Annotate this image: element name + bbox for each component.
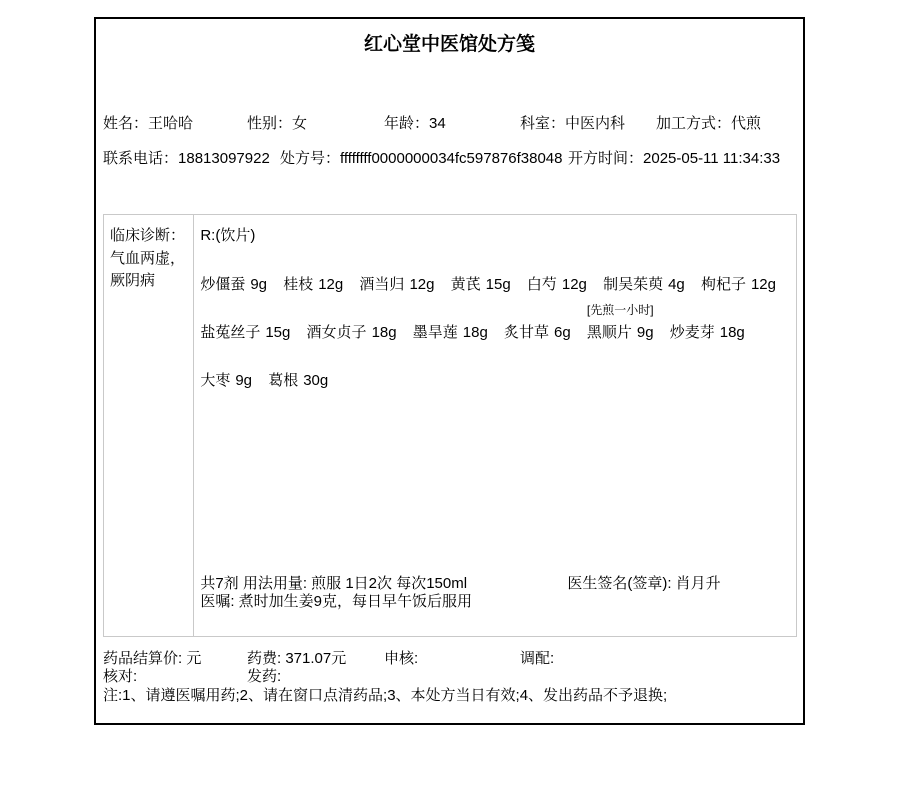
patient-age-value: 34 [429,115,446,132]
phone-value: 18813097922 [178,150,270,167]
drug-item: 桂枝12g [283,277,343,292]
medicine-fee-field: 药费: 371.07元 [247,650,346,667]
drug-dose: 4g [668,276,685,293]
prescription-number-value: ffffffff0000000034fc597876f38048 [340,150,562,167]
drug-dose: 18g [372,324,397,341]
drug-name: 酒女贞子 [307,324,367,341]
check-field: 核对: [103,668,137,685]
doctor-signature-label: 医生签名(签章): [567,575,675,592]
compound-field: 调配: [520,650,554,667]
drug-item: 墨旱莲18g [413,325,488,340]
drug-name: 枸杞子 [701,276,746,293]
prescribe-time-field: 开方时间：2025-05-11 11:34:33 [568,150,780,167]
drug-item: 炙甘草6g [504,325,571,340]
drug-item: 白芍12g [527,277,587,292]
patient-department-field: 科室：中医内科 [520,115,625,132]
drug-item-with-note: [先煎一小时]黑顺片9g [587,325,654,340]
drug-dose: 15g [265,324,290,341]
drug-name: 炒僵蚕 [200,276,245,293]
review-field: 申核: [384,650,418,667]
drug-line-1: 炒僵蚕9g 桂枝12g 酒当归12g 黄芪15g 白芍12g 制吴茱萸4g 枸杞… [200,277,788,292]
decoction-note: [先煎一小时] [587,304,654,316]
drug-name: 葛根 [268,372,298,389]
processing-method-value: 代煎 [731,115,761,132]
prescription-number-label: 处方号： [280,150,340,167]
drug-dose: 9g [637,324,654,341]
phone-label: 联系电话： [103,150,178,167]
drug-name: 盐菟丝子 [200,324,260,341]
drug-item: 制吴茱萸4g [603,277,685,292]
patient-gender-field: 性别：女 [247,115,307,132]
drug-name: 酒当归 [359,276,404,293]
prescription-cell: R:(饮片) 炒僵蚕9g 桂枝12g 酒当归12g 黄芪15g 白芍12g 制吴… [194,215,796,636]
drug-line-3: 大枣9g 葛根30g [200,373,788,388]
prescription-table: 临床诊断：气血两虚，厥阴病 R:(饮片) 炒僵蚕9g 桂枝12g 酒当归12g … [103,214,797,637]
drug-dose: 9g [250,276,267,293]
drug-item: 大枣9g [200,373,252,388]
medicine-fee-value: 371.07元 [285,650,346,667]
patient-name-field: 姓名：王哈哈 [103,115,193,132]
prescription-number-field: 处方号：ffffffff0000000034fc597876f38048 [280,150,562,167]
patient-name-label: 姓名： [103,115,148,132]
patient-name-value: 王哈哈 [148,115,193,132]
rx-header: R:(饮片) [200,228,788,243]
drug-item: 酒女贞子18g [307,325,397,340]
prescription-page: 红心堂中医馆处方笺 姓名：王哈哈 性别：女 年龄：34 科室：中医内科 加工方式… [94,17,805,725]
patient-department-value: 中医内科 [565,115,625,132]
drug-item: 葛根30g [268,373,328,388]
diagnosis-label: 临床诊断： [110,227,185,244]
settle-price-label: 药品结算价: [103,650,186,667]
patient-age-field: 年龄：34 [384,115,446,132]
patient-gender-value: 女 [292,115,307,132]
drug-dose: 30g [303,372,328,389]
patient-gender-label: 性别： [247,115,292,132]
page-title: 红心堂中医馆处方笺 [96,34,803,57]
drug-item: 炒僵蚕9g [200,277,267,292]
patient-department-label: 科室： [520,115,565,132]
drug-dose: 12g [318,276,343,293]
processing-method-field: 加工方式：代煎 [656,115,761,132]
drug-dose: 12g [751,276,776,293]
drug-dose: 12g [409,276,434,293]
drug-item: 枸杞子12g [701,277,776,292]
prescribe-time-value: 2025-05-11 11:34:33 [643,150,780,167]
doctor-signature-field: 医生签名(签章): 肖月升 [567,575,720,592]
drug-dose: 6g [554,324,571,341]
settle-price-value: 元 [186,650,201,667]
screenshot-root: { "title": "红心堂中医馆处方笺", "patient": { "na… [0,0,900,800]
processing-method-label: 加工方式： [656,115,731,132]
drug-dose: 18g [720,324,745,341]
phone-field: 联系电话：18813097922 [103,150,270,167]
drug-name: 炙甘草 [504,324,549,341]
drug-dose: 9g [235,372,252,389]
drug-item: 炒麦芽18g [670,325,745,340]
drug-dose: 18g [463,324,488,341]
dispense-field: 发药: [247,668,281,685]
drug-name: 白芍 [527,276,557,293]
settle-price-field: 药品结算价: 元 [103,650,201,667]
drug-name: 炒麦芽 [670,324,715,341]
drug-item: 酒当归12g [359,277,434,292]
drug-item: 黄芪15g [451,277,511,292]
drug-name: 大枣 [200,372,230,389]
medicine-fee-label: 药费: [247,650,285,667]
usage-summary: 共7剂 用法用量: 煎服 1日2次 每次150ml [200,575,467,592]
drug-name: 制吴茱萸 [603,276,663,293]
drug-name: 桂枝 [283,276,313,293]
clinical-diagnosis-cell: 临床诊断：气血两虚，厥阴病 [104,215,194,636]
prescribe-time-label: 开方时间： [568,150,643,167]
drug-name: 黄芪 [451,276,481,293]
drug-dose: 12g [562,276,587,293]
drug-name: 黑顺片 [587,324,632,341]
drug-item: 盐菟丝子15g [200,325,290,340]
drug-line-2: 盐菟丝子15g 酒女贞子18g 墨旱莲18g 炙甘草6g [先煎一小时]黑顺片9… [200,325,788,340]
doctor-signature-value: 肖月升 [676,575,721,592]
drug-name: 墨旱莲 [413,324,458,341]
doctor-advice: 医嘱: 煮时加生姜9克，每日早午饭后服用 [200,593,472,610]
patient-age-label: 年龄： [384,115,429,132]
diagnosis-value: 气血两虚，厥阴病 [110,250,185,290]
drug-dose: 15g [486,276,511,293]
footer-notice: 注:1、请遵医嘱用药;2、请在窗口点清药品;3、本处方当日有效;4、发出药品不予… [103,687,667,704]
